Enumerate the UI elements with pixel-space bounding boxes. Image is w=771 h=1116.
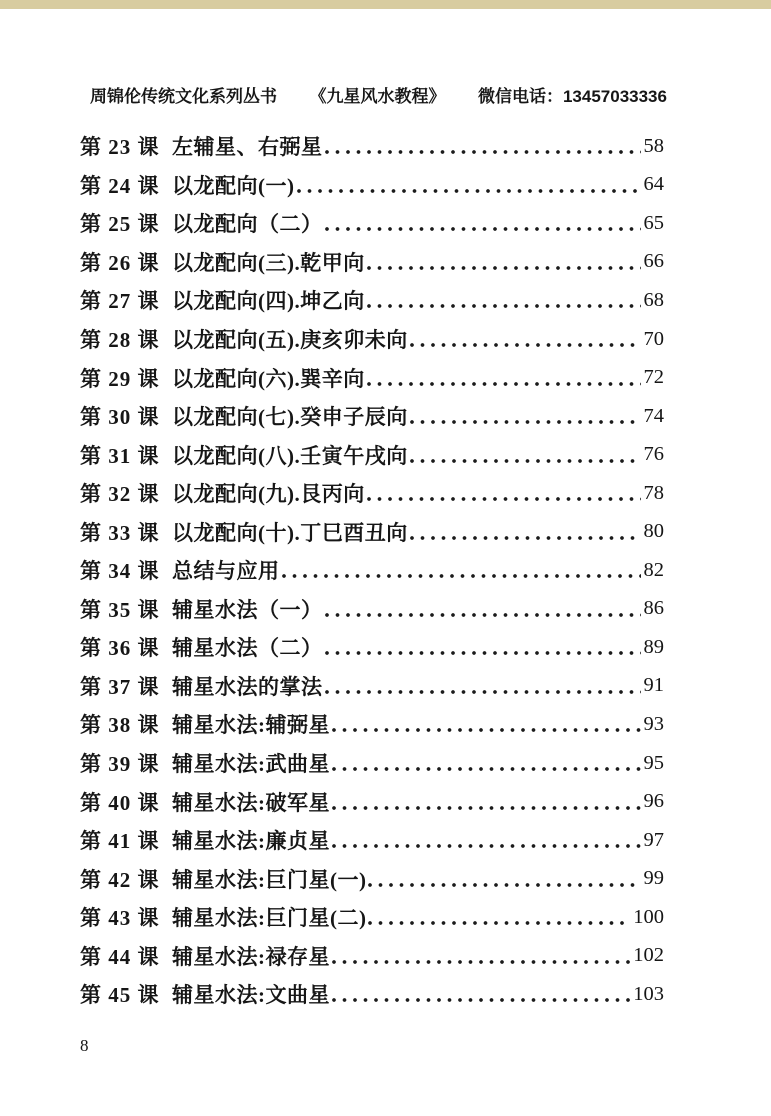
toc-row: 第 31 课 以龙配向(八).壬寅午戌向 76 [80,435,664,474]
toc-row: 第 41 课 辅星水法:廉贞星 97 [80,821,664,860]
toc-row: 第 34 课 总结与应用 82 [80,551,664,590]
toc-lesson-number: 第 44 课 [80,941,172,971]
toc-entry-title: 以龙配向(七).癸申子辰向 [172,401,408,431]
toc-lesson-number: 第 35 课 [80,594,172,624]
toc-row: 第 39 课 辅星水法:武曲星 95 [80,744,664,783]
toc-entry-title: 辅星水法:禄存星 [172,941,330,971]
toc-lesson-number: 第 39 课 [80,748,172,778]
page-top-edge-strip [0,0,771,9]
header-series-title: 周锦伦传统文化系列丛书 [90,82,277,107]
toc-row: 第 24 课 以龙配向(一) 64 [80,166,664,205]
dot-leader [324,596,641,622]
toc-lesson-number: 第 24 课 [80,170,172,200]
dot-leader [324,133,641,159]
toc-page-number: 93 [644,713,665,736]
toc-entry-title: 辅星水法:廉贞星 [172,825,330,855]
dot-leader [331,981,630,1007]
toc-row: 第 30 课 以龙配向(七).癸申子辰向 74 [80,397,664,436]
toc-page-number: 99 [644,867,665,890]
page-header: 周锦伦传统文化系列丛书 《九星风水教程》 微信电话：13457033336 [90,82,667,107]
toc-page-number: 76 [644,443,665,466]
toc-page-number: 103 [633,983,664,1006]
toc-row: 第 29 课 以龙配向(六).巽辛向 72 [80,358,664,397]
toc-row: 第 27 课 以龙配向(四).坤乙向 68 [80,281,664,320]
toc-lesson-number: 第 38 课 [80,709,172,739]
toc-entry-title: 以龙配向(四).坤乙向 [172,285,365,315]
toc-row: 第 32 课 以龙配向(九).艮丙向 78 [80,474,664,513]
toc-page-number: 58 [644,135,665,158]
toc-entry-title: 辅星水法（一） [172,594,323,624]
dot-leader [324,210,641,236]
dot-leader [366,365,641,391]
footer-page-number: 8 [80,1036,89,1056]
dot-leader [331,943,630,969]
toc-lesson-number: 第 31 课 [80,440,172,470]
toc-page-number: 97 [644,829,665,852]
toc-row: 第 33 课 以龙配向(十).丁巳酉丑向 80 [80,512,664,551]
dot-leader [367,904,630,930]
toc-page-number: 82 [644,559,665,582]
toc-lesson-number: 第 29 课 [80,363,172,393]
dot-leader [331,827,641,853]
toc-entry-title: 以龙配向(十).丁巳酉丑向 [172,517,408,547]
toc-entry-title: 以龙配向(八).壬寅午戌向 [172,440,408,470]
toc-lesson-number: 第 28 课 [80,324,172,354]
toc-page-number: 68 [644,289,665,312]
dot-leader [331,711,641,737]
toc-row: 第 40 课 辅星水法:破军星 96 [80,782,664,821]
toc-lesson-number: 第 37 课 [80,671,172,701]
dot-leader [366,480,641,506]
toc-entry-title: 辅星水法（二） [172,632,323,662]
toc-page-number: 64 [644,173,665,196]
dot-leader [366,287,641,313]
header-contact-info: 微信电话：13457033336 [478,82,667,107]
toc-row: 第 44 课 辅星水法:禄存星 102 [80,936,664,975]
toc-entry-title: 辅星水法:破军星 [172,787,330,817]
toc-entry-title: 辅星水法:巨门星(一) [172,864,366,894]
toc-row: 第 25 课 以龙配向（二） 65 [80,204,664,243]
dot-leader [324,634,641,660]
dot-leader [409,519,641,545]
dot-leader [296,172,641,198]
toc-page-number: 86 [644,597,665,620]
toc-lesson-number: 第 30 课 [80,401,172,431]
toc-entry-title: 以龙配向(九).艮丙向 [172,478,365,508]
toc-page-number: 89 [644,636,665,659]
toc-page-number: 91 [644,674,665,697]
toc-page-number: 65 [644,212,665,235]
toc-page-number: 102 [633,944,664,967]
toc-lesson-number: 第 26 课 [80,247,172,277]
toc-page-number: 80 [644,520,665,543]
dot-leader [366,249,641,275]
toc-page-number: 96 [644,790,665,813]
dot-leader [331,750,641,776]
toc-row: 第 38 课 辅星水法:辅弼星 93 [80,705,664,744]
toc-row: 第 45 课 辅星水法:文曲星 103 [80,975,664,1014]
toc-entry-title: 左辅星、右弼星 [172,131,323,161]
toc-entry-title: 以龙配向（二） [172,208,323,238]
dot-leader [409,442,641,468]
dot-leader [367,866,640,892]
toc-page-number: 95 [644,752,665,775]
toc-page-number: 66 [644,250,665,273]
toc-page-number: 74 [644,405,665,428]
toc-page-number: 70 [644,328,665,351]
toc-list: 第 23 课 左辅星、右弼星 58 第 24 课 以龙配向(一) 64 第 25… [80,127,664,1014]
toc-lesson-number: 第 43 课 [80,902,172,932]
toc-row: 第 43 课 辅星水法:巨门星(二) 100 [80,898,664,937]
toc-entry-title: 以龙配向(一) [172,170,295,200]
toc-page-number: 78 [644,482,665,505]
toc-lesson-number: 第 36 课 [80,632,172,662]
toc-entry-title: 以龙配向(六).巽辛向 [172,363,365,393]
toc-lesson-number: 第 34 课 [80,555,172,585]
toc-lesson-number: 第 23 课 [80,131,172,161]
dot-leader [331,789,641,815]
toc-lesson-number: 第 32 课 [80,478,172,508]
toc-row: 第 28 课 以龙配向(五).庚亥卯未向 70 [80,320,664,359]
toc-entry-title: 以龙配向(五).庚亥卯未向 [172,324,408,354]
toc-row: 第 36 课 辅星水法（二） 89 [80,628,664,667]
dot-leader [409,403,641,429]
toc-row: 第 35 课 辅星水法（一） 86 [80,590,664,629]
toc-entry-title: 辅星水法:文曲星 [172,979,330,1009]
toc-lesson-number: 第 42 课 [80,864,172,894]
toc-row: 第 26 课 以龙配向(三).乾甲向 66 [80,243,664,282]
toc-entry-title: 辅星水法:武曲星 [172,748,330,778]
toc-entry-title: 总结与应用 [172,555,280,585]
toc-page-number: 72 [644,366,665,389]
toc-row: 第 37 课 辅星水法的掌法 91 [80,667,664,706]
toc-row: 第 23 课 左辅星、右弼星 58 [80,127,664,166]
toc-lesson-number: 第 41 课 [80,825,172,855]
dot-leader [281,557,641,583]
toc-entry-title: 辅星水法:巨门星(二) [172,902,366,932]
toc-lesson-number: 第 45 课 [80,979,172,1009]
toc-row: 第 42 课 辅星水法:巨门星(一) 99 [80,859,664,898]
toc-entry-title: 以龙配向(三).乾甲向 [172,247,365,277]
toc-entry-title: 辅星水法的掌法 [172,671,323,701]
toc-lesson-number: 第 25 课 [80,208,172,238]
header-book-title: 《九星风水教程》 [309,82,445,107]
toc-page-number: 100 [633,906,664,929]
dot-leader [409,326,641,352]
toc-entry-title: 辅星水法:辅弼星 [172,709,330,739]
toc-lesson-number: 第 33 课 [80,517,172,547]
toc-lesson-number: 第 40 课 [80,787,172,817]
dot-leader [324,673,641,699]
toc-lesson-number: 第 27 课 [80,285,172,315]
